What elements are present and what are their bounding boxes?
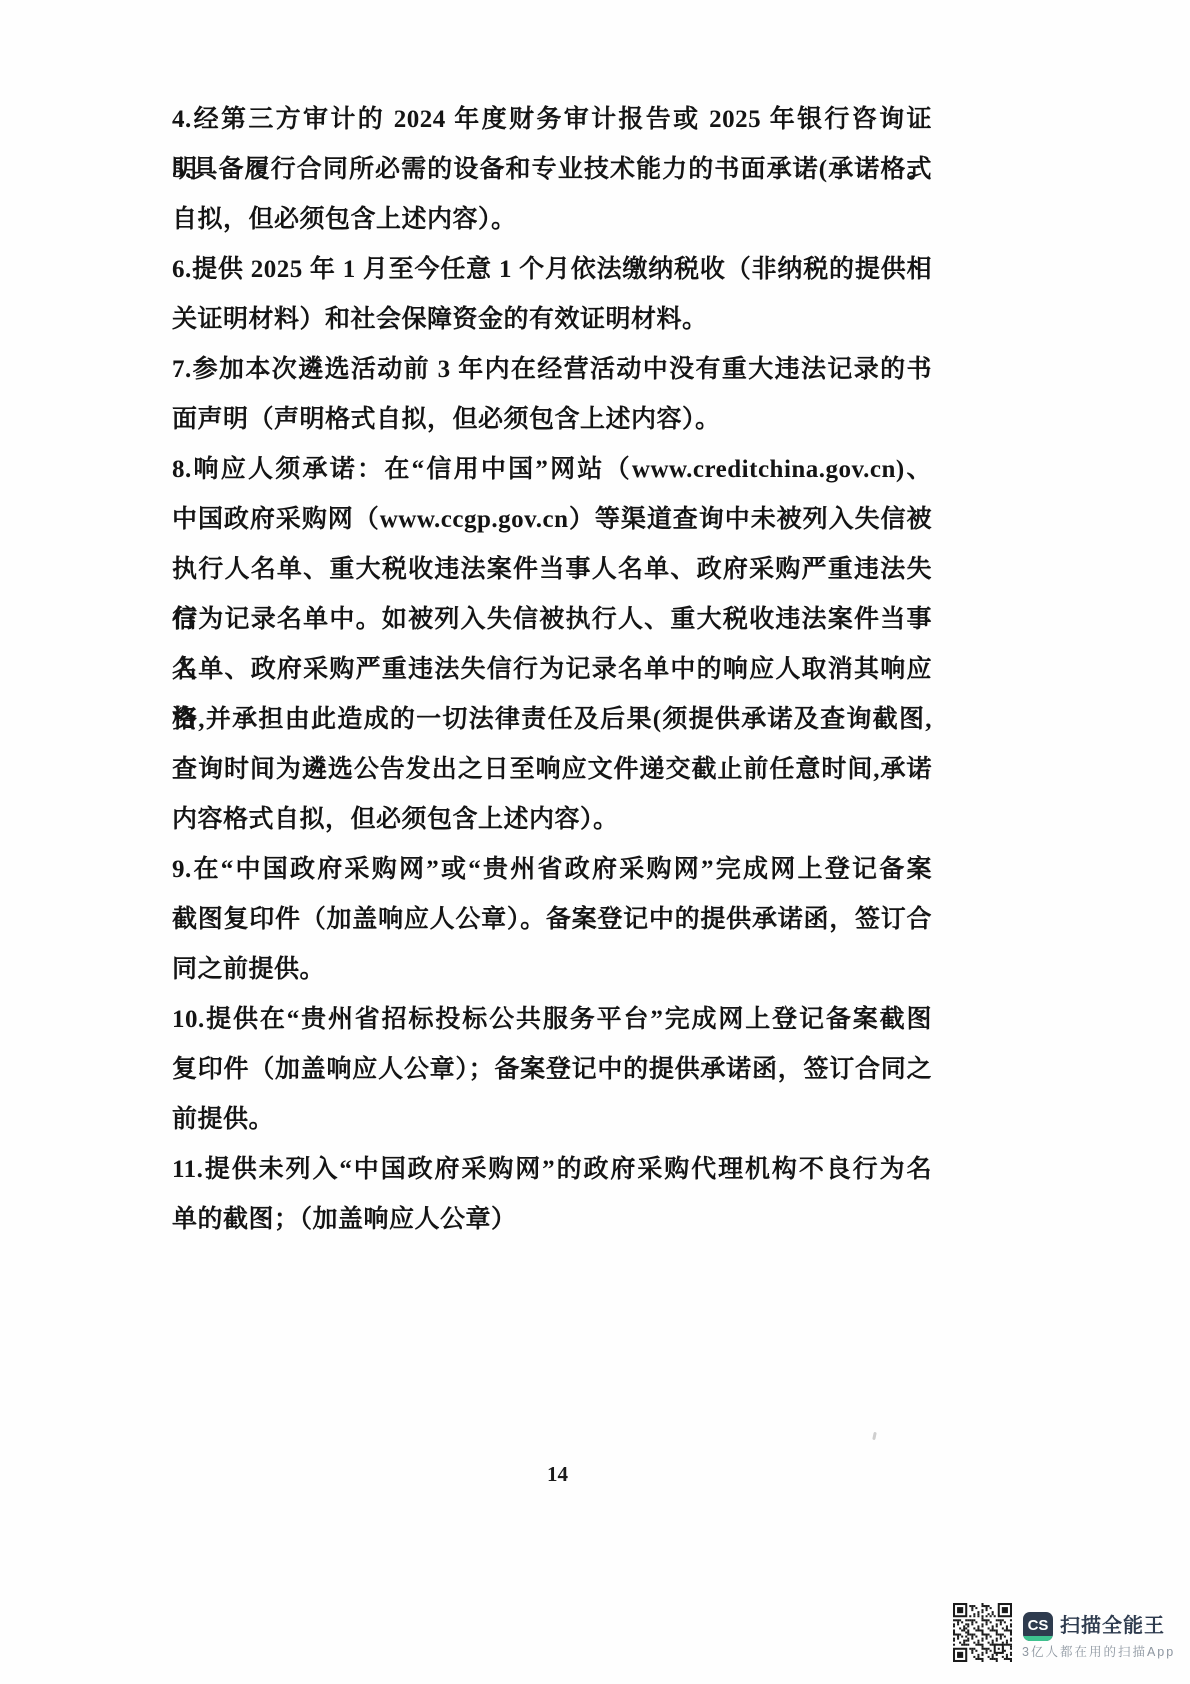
- scan-artifact-mark: [872, 1432, 877, 1440]
- text-line: 自拟，但必须包含上述内容）。: [172, 195, 932, 245]
- scanned-document-page: 4.经第三方审计的 2024 年度财务审计报告或 2025 年银行咨询证明。 5…: [0, 0, 1190, 1684]
- text-line: 中国政府采购网（www.ccgp.gov.cn）等渠道查询中未被列入失信被: [172, 495, 932, 545]
- text-line: 复印件（加盖响应人公章）；备案登记中的提供承诺函，签订合同之: [172, 1045, 932, 1095]
- document-body: 4.经第三方审计的 2024 年度财务审计报告或 2025 年银行咨询证明。 5…: [172, 95, 932, 1245]
- text-line: 8.响应人须承诺：在“信用中国”网站（www.creditchina.gov.c…: [172, 445, 932, 495]
- text-line: 6.提供 2025 年 1 月至今任意 1 个月依法缴纳税收（非纳税的提供相: [172, 245, 932, 295]
- text-line: 4.经第三方审计的 2024 年度财务审计报告或 2025 年银行咨询证明。: [172, 95, 932, 145]
- text-line: 11.提供未列入“中国政府采购网”的政府采购代理机构不良行为名: [172, 1145, 932, 1195]
- text-line: 9.在“中国政府采购网”或“贵州省政府采购网”完成网上登记备案: [172, 845, 932, 895]
- text-line: 面声明（声明格式自拟，但必须包含上述内容）。: [172, 395, 932, 445]
- text-line: 行为记录名单中。如被列入失信被执行人、重大税收违法案件当事人: [172, 595, 932, 645]
- logo-letters: CS: [1028, 1618, 1049, 1633]
- text-line: 10.提供在“贵州省招标投标公共服务平台”完成网上登记备案截图: [172, 995, 932, 1045]
- camscanner-logo-icon: CS: [1023, 1612, 1053, 1641]
- page-number: 14: [547, 1462, 568, 1487]
- text-line: 名单、政府采购严重违法失信行为记录名单中的响应人取消其响应资: [172, 645, 932, 695]
- text-line: 5.具备履行合同所必需的设备和专业技术能力的书面承诺(承诺格式: [172, 145, 932, 195]
- text-line: 7.参加本次遴选活动前 3 年内在经营活动中没有重大违法记录的书: [172, 345, 932, 395]
- text-line: 内容格式自拟，但必须包含上述内容）。: [172, 795, 932, 845]
- text-line: 格,并承担由此造成的一切法律责任及后果(须提供承诺及查询截图,: [172, 695, 932, 745]
- logo-teal-bar: [1023, 1636, 1053, 1641]
- text-line: 执行人名单、重大税收违法案件当事人名单、政府采购严重违法失信: [172, 545, 932, 595]
- watermark-app-name: 扫描全能王: [1060, 1611, 1165, 1641]
- qr-code-icon: [953, 1603, 1012, 1662]
- text-line: 前提供。: [172, 1095, 932, 1145]
- text-line: 关证明材料）和社会保障资金的有效证明材料。: [172, 295, 932, 345]
- text-line: 单的截图；（加盖响应人公章）: [172, 1195, 932, 1245]
- watermark-tagline: 3亿人都在用的扫描App: [1022, 1644, 1175, 1660]
- text-line: 查询时间为遴选公告发出之日至响应文件递交截止前任意时间,承诺: [172, 745, 932, 795]
- text-line: 截图复印件（加盖响应人公章）。备案登记中的提供承诺函，签订合: [172, 895, 932, 945]
- text-line: 同之前提供。: [172, 945, 932, 995]
